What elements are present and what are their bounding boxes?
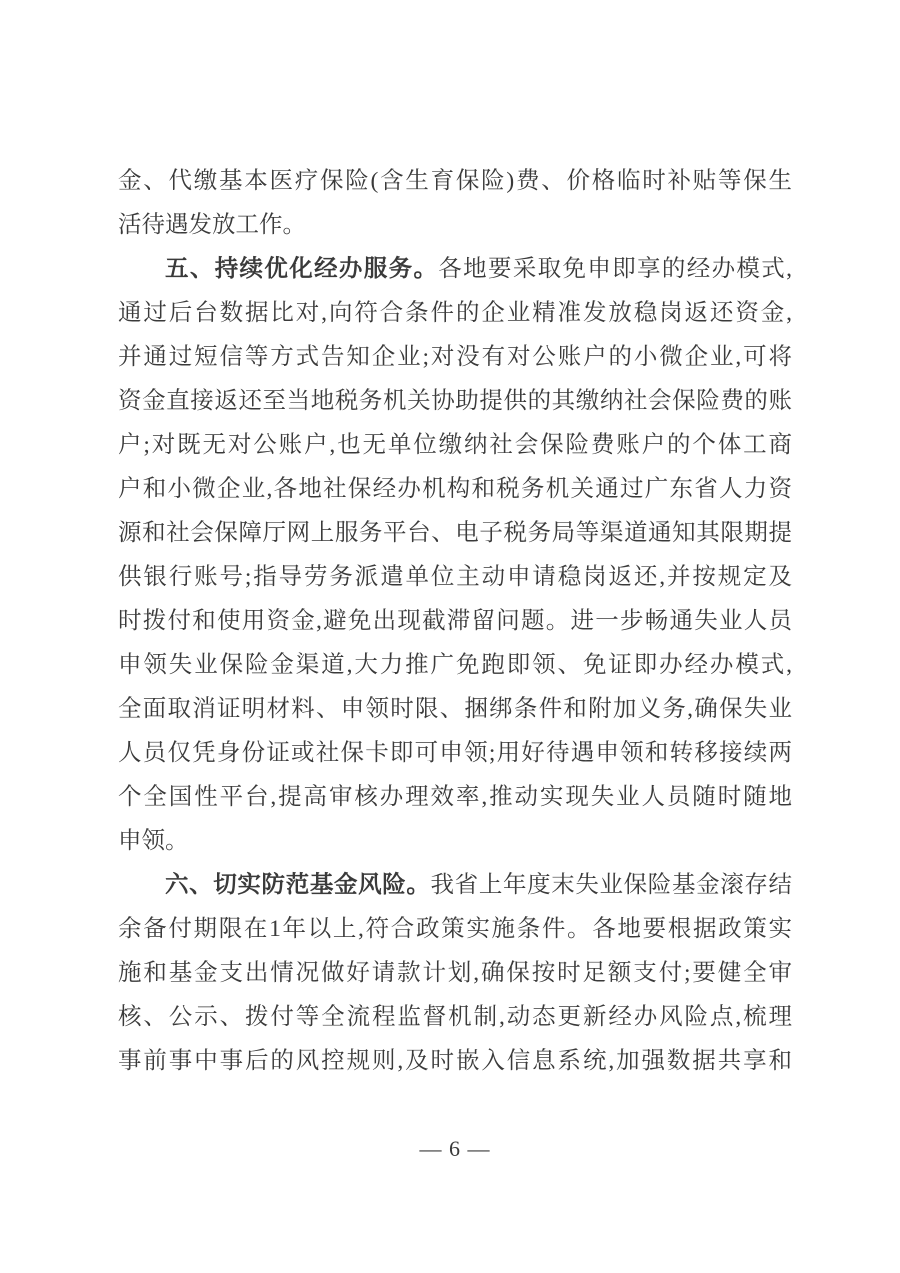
- text-line: 全面取消证明材料、申领时限、捆绑条件和附加义务,确保失业: [118, 687, 792, 731]
- text-line: 源和社会保障厅网上服务平台、电子税务局等渠道通知其限期提: [118, 511, 792, 555]
- text-line: 通过后台数据比对,向符合条件的企业精准发放稳岗返还资金,: [118, 291, 792, 335]
- text-line: 资金直接返还至当地税务机关协助提供的其缴纳社会保险费的账: [118, 379, 792, 423]
- text-line: 活待遇发放工作。: [118, 203, 792, 247]
- body-text: 资金直接返还至当地税务机关协助提供的其缴纳社会保险费的账: [118, 388, 792, 414]
- body-text: 人员仅凭身份证或社保卡即可申领;用好待遇申领和转移接续两: [118, 740, 792, 766]
- body-text: 申领。: [118, 828, 189, 854]
- text-line: 户和小微企业,各地社保经办机构和税务机关通过广东省人力资: [118, 467, 792, 511]
- document-page: 金、代缴基本医疗保险(含生育保险)费、价格临时补贴等保生活待遇发放工作。五、持续…: [0, 0, 900, 1273]
- text-line: 申领失业保险金渠道,大力推广免跑即领、免证即办经办模式,: [118, 643, 792, 687]
- section-heading: 五、持续优化经办服务。: [165, 256, 438, 282]
- body-text: 源和社会保障厅网上服务平台、电子税务局等渠道通知其限期提: [118, 520, 792, 546]
- text-line: 申领。: [118, 819, 792, 863]
- body-text: 活待遇发放工作。: [118, 212, 306, 238]
- text-line: 供银行账号;指导劳务派遣单位主动申请稳岗返还,并按规定及: [118, 555, 792, 599]
- body-text: 供银行账号;指导劳务派遣单位主动申请稳岗返还,并按规定及: [118, 564, 792, 590]
- page-number: — 6 —: [118, 1134, 792, 1164]
- text-line: 五、持续优化经办服务。各地要采取免申即享的经办模式,: [118, 247, 792, 291]
- text-line: 核、公示、拨付等全流程监督机制,动态更新经办风险点,梳理: [118, 995, 792, 1039]
- body-text: 个全国性平台,提高审核办理效率,推动实现失业人员随时随地: [118, 784, 792, 810]
- body-text: 申领失业保险金渠道,大力推广免跑即领、免证即办经办模式,: [118, 652, 792, 678]
- document-body: 金、代缴基本医疗保险(含生育保险)费、价格临时补贴等保生活待遇发放工作。五、持续…: [118, 159, 792, 1083]
- body-text: 我省上年度末失业保险基金滚存结: [431, 872, 792, 898]
- body-text: 施和基金支出情况做好请款计划,确保按时足额支付;要健全审: [118, 960, 792, 986]
- body-text: 核、公示、拨付等全流程监督机制,动态更新经办风险点,梳理: [118, 1004, 792, 1030]
- text-line: 人员仅凭身份证或社保卡即可申领;用好待遇申领和转移接续两: [118, 731, 792, 775]
- body-text: 时拨付和使用资金,避免出现截滞留问题。进一步畅通失业人员: [118, 608, 792, 634]
- text-line: 施和基金支出情况做好请款计划,确保按时足额支付;要健全审: [118, 951, 792, 995]
- text-line: 金、代缴基本医疗保险(含生育保险)费、价格临时补贴等保生: [118, 159, 792, 203]
- body-text: 全面取消证明材料、申领时限、捆绑条件和附加义务,确保失业: [118, 696, 792, 722]
- body-text: 各地要采取免申即享的经办模式,: [438, 256, 792, 282]
- text-line: 个全国性平台,提高审核办理效率,推动实现失业人员随时随地: [118, 775, 792, 819]
- body-text: 户;对既无对公账户,也无单位缴纳社会保险费账户的个体工商: [118, 432, 792, 458]
- text-line: 并通过短信等方式告知企业;对没有对公账户的小微企业,可将: [118, 335, 792, 379]
- body-text: 户和小微企业,各地社保经办机构和税务机关通过广东省人力资: [118, 476, 792, 502]
- body-text: 并通过短信等方式告知企业;对没有对公账户的小微企业,可将: [118, 344, 792, 370]
- text-line: 时拨付和使用资金,避免出现截滞留问题。进一步畅通失业人员: [118, 599, 792, 643]
- body-text: 事前事中事后的风控规则,及时嵌入信息系统,加强数据共享和: [118, 1048, 792, 1074]
- body-text: 金、代缴基本医疗保险(含生育保险)费、价格临时补贴等保生: [118, 168, 792, 194]
- section-heading: 六、切实防范基金风险。: [165, 872, 431, 898]
- text-line: 户;对既无对公账户,也无单位缴纳社会保险费账户的个体工商: [118, 423, 792, 467]
- body-text: 余备付期限在1年以上,符合政策实施条件。各地要根据政策实: [118, 916, 792, 942]
- text-line: 六、切实防范基金风险。我省上年度末失业保险基金滚存结: [118, 863, 792, 907]
- text-line: 余备付期限在1年以上,符合政策实施条件。各地要根据政策实: [118, 907, 792, 951]
- text-line: 事前事中事后的风控规则,及时嵌入信息系统,加强数据共享和: [118, 1039, 792, 1083]
- body-text: 通过后台数据比对,向符合条件的企业精准发放稳岗返还资金,: [118, 300, 792, 326]
